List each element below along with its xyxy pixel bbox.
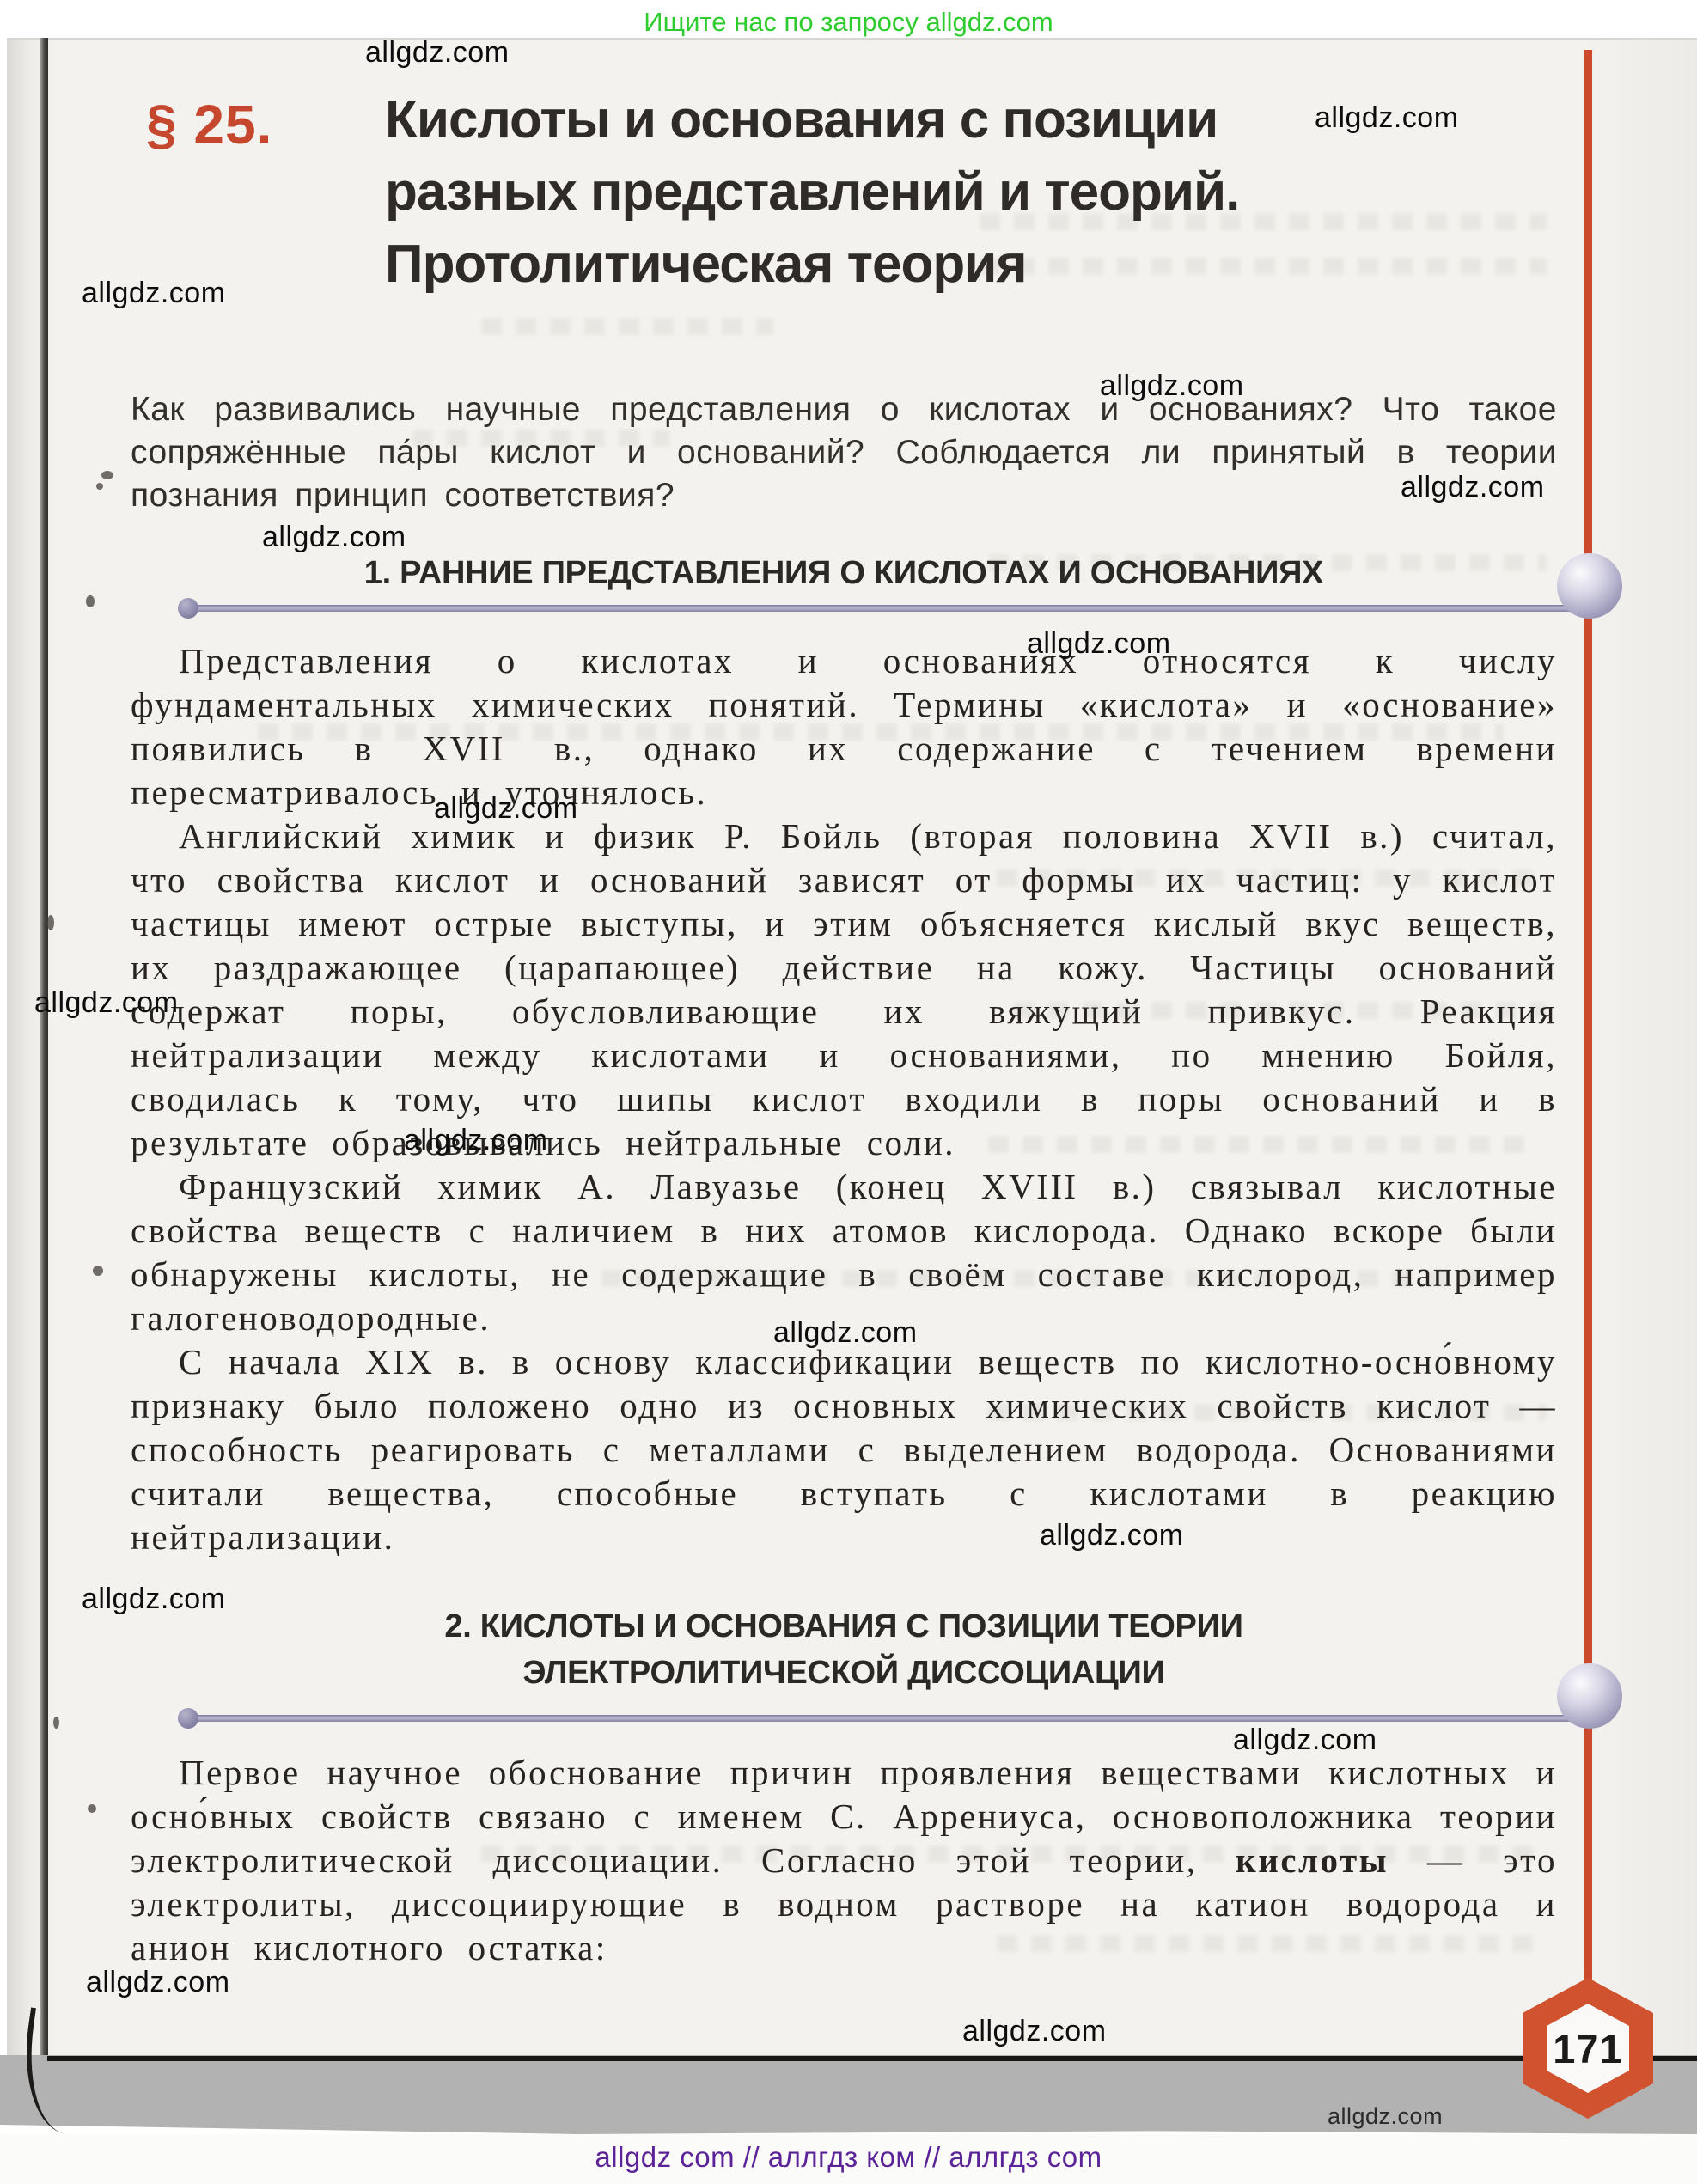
section-2-heading-line: ЭЛЕКТРОЛИТИЧЕСКОЙ ДИССОЦИАЦИИ — [131, 1650, 1557, 1696]
watermark: allgdz.com — [1027, 627, 1171, 661]
dust-speck — [53, 1717, 59, 1729]
divider-dot — [178, 598, 198, 619]
section-1-body: Представления о кислотах и основаниях от… — [131, 639, 1557, 1559]
book-spine-edge — [40, 38, 48, 2059]
body-paragraph: С начала XIX в. в основу классификации в… — [131, 1340, 1557, 1559]
watermark: allgdz.com — [1401, 471, 1545, 504]
page-number: 171 — [1553, 2025, 1622, 2072]
dust-speck — [47, 915, 54, 930]
watermark: allgdz.com — [82, 1583, 226, 1616]
chapter-title-line: Протолитическая теория — [385, 229, 1555, 301]
section-2-heading-line: 2. КИСЛОТЫ И ОСНОВАНИЯ С ПОЗИЦИИ ТЕОРИИ — [131, 1603, 1557, 1650]
page-number-badge-inner: 171 — [1547, 2004, 1629, 2093]
watermark: allgdz.com — [34, 986, 179, 1020]
watermark: allgdz.com — [365, 36, 510, 70]
watermark: allgdz.com — [1040, 1519, 1184, 1553]
section-2-heading: 2. КИСЛОТЫ И ОСНОВАНИЯ С ПОЗИЦИИ ТЕОРИИ … — [131, 1603, 1557, 1696]
body-paragraph: Первое научное обоснование причин проявл… — [131, 1751, 1557, 1970]
promo-banner-text: Ищите нас по запросу allgdz.com — [0, 7, 1697, 38]
watermark: allgdz.com — [434, 792, 578, 826]
dust-speck — [101, 471, 113, 479]
body-paragraph: Английский химик и физик Р. Бойль (втора… — [131, 814, 1557, 1165]
page-bottom-edge — [47, 2056, 1697, 2061]
bleed-through — [481, 318, 773, 335]
body-paragraph: Представления о кислотах и основаниях от… — [131, 639, 1557, 814]
dust-speck — [93, 1266, 103, 1276]
divider-dot — [178, 1708, 198, 1729]
divider-sphere — [1557, 1663, 1622, 1729]
section-1-divider — [187, 605, 1588, 612]
watermark: allgdz.com — [1100, 369, 1244, 403]
watermark: allgdz.com — [404, 1124, 548, 1157]
watermark: allgdz.com — [962, 2015, 1107, 2048]
dust-speck — [86, 595, 95, 607]
watermark: allgdz.com — [1315, 101, 1459, 135]
body-paragraph: Французский химик А. Лавуазье (конец XVI… — [131, 1165, 1557, 1340]
site-footer-text: allgdz com // аллгдз ком // аллгдз com — [0, 2141, 1697, 2174]
watermark: allgdz.com — [262, 521, 406, 554]
watermark: allgdz.com — [82, 277, 226, 310]
dust-speck — [96, 483, 103, 490]
watermark: allgdz.com — [86, 1966, 230, 1999]
divider-sphere — [1557, 553, 1622, 619]
section-2-body: Первое научное обоснование причин проявл… — [131, 1751, 1557, 1970]
chapter-title-line: разных представлений и теорий. — [385, 156, 1555, 229]
dust-speck — [88, 1804, 96, 1813]
watermark: allgdz.com — [773, 1316, 918, 1350]
section-1-heading: 1. РАННИЕ ПРЕДСТАВЛЕНИЯ О КИСЛОТАХ И ОСН… — [131, 550, 1557, 596]
watermark: allgdz.com — [1233, 1723, 1377, 1757]
intro-questions: Как развивались научные представления о … — [131, 388, 1557, 517]
watermark: allgdz.com — [1328, 2103, 1443, 2130]
screenshot-root: Ищите нас по запросу allgdz.com § 25. Ки… — [0, 0, 1697, 2184]
paragraph-number: § 25. — [146, 93, 272, 156]
section-2-divider — [187, 1715, 1588, 1722]
